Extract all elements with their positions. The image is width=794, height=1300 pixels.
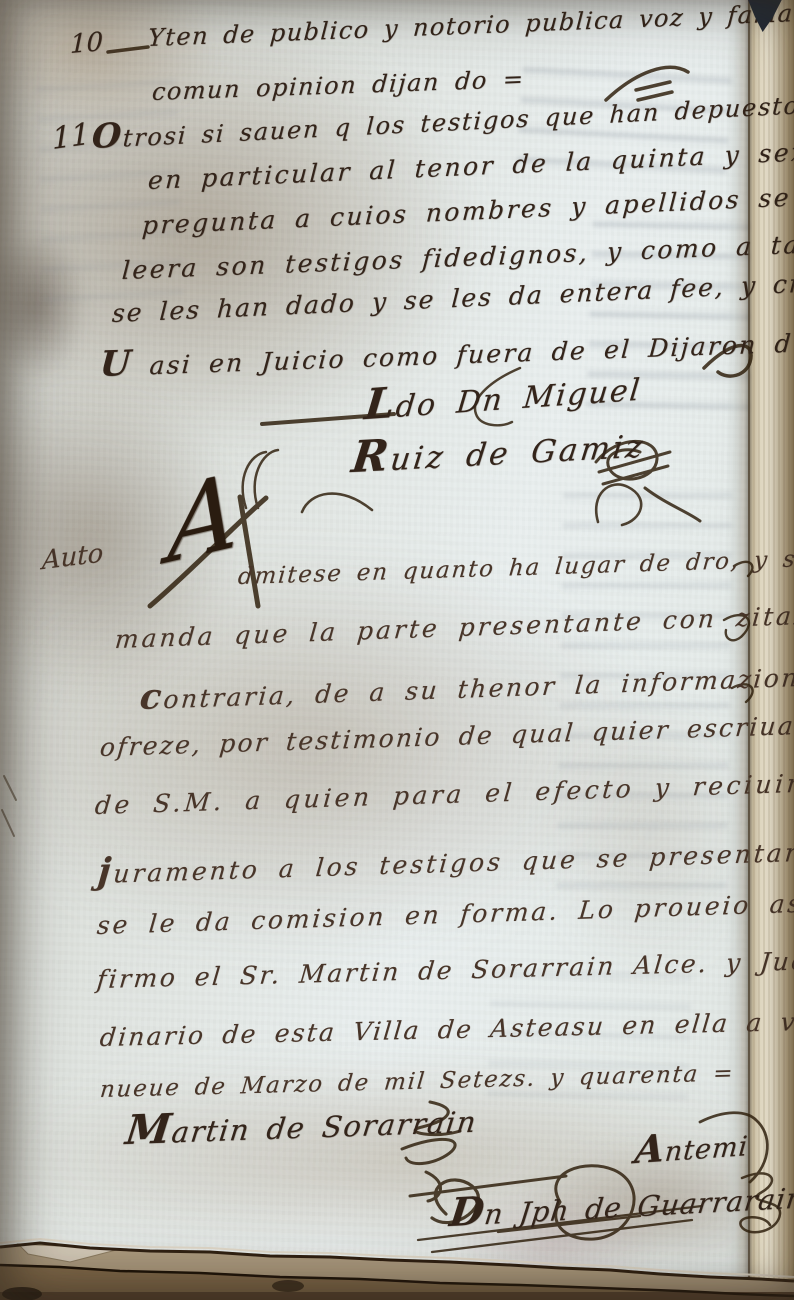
torn-bottom-strip xyxy=(0,1292,794,1300)
manuscript-photo: 10 11 Auto Yten de publico y notorio pub… xyxy=(0,0,794,1300)
auto-initial-letter: A xyxy=(167,450,239,587)
manuscript-line: dinario de esta Villa de Asteasu en ella… xyxy=(99,1005,794,1052)
margin-marker-11: 11 xyxy=(51,117,90,157)
torn-highlight xyxy=(0,1239,794,1277)
manuscript-line: ofreze, por testimonio de qual quier esc… xyxy=(99,710,794,762)
ink-blotch-left xyxy=(2,1287,42,1300)
torn-flap xyxy=(18,1244,120,1262)
torn-underpage-lower xyxy=(0,1264,794,1300)
stain-left-smudge xyxy=(0,230,86,380)
torn-underpage xyxy=(0,1242,794,1300)
signature-alcalde: Martin de Sorarrain xyxy=(123,1094,481,1155)
label-ante-mi: Antemi xyxy=(633,1120,750,1172)
manuscript-line: de S.M. a quien para el efecto y reciuir xyxy=(94,769,794,820)
torn-edge xyxy=(0,1220,794,1300)
manuscript-line: se le da comision en forma. Lo proueio a… xyxy=(96,887,794,940)
torn-crack-1 xyxy=(0,1243,794,1281)
manuscript-line: juramento a los testigos que se presenta… xyxy=(96,828,794,892)
torn-crack-2 xyxy=(0,1265,794,1296)
manuscript-line: dmitese en quanto ha lugar de dro, y se xyxy=(237,546,794,590)
dash-after-item10 xyxy=(108,47,148,52)
left-margin-marks xyxy=(2,776,16,836)
manuscript-line: contraria, de a su thenor la informazion… xyxy=(138,651,794,718)
ink-blotch-mid xyxy=(272,1280,304,1292)
manuscript-line: manda que la parte presentante con zitaz… xyxy=(114,599,794,654)
margin-marker-auto: Auto xyxy=(42,538,104,576)
margin-flourish-ff xyxy=(243,450,278,508)
flourish-auto-initial xyxy=(302,484,641,525)
manuscript-line: Yten de publico y notorio publica voz y … xyxy=(147,0,794,52)
margin-marker-10: 10 xyxy=(70,27,103,60)
manuscript-line: firmo el Sr. Martin de Sorarrain Alce. y… xyxy=(96,944,794,994)
